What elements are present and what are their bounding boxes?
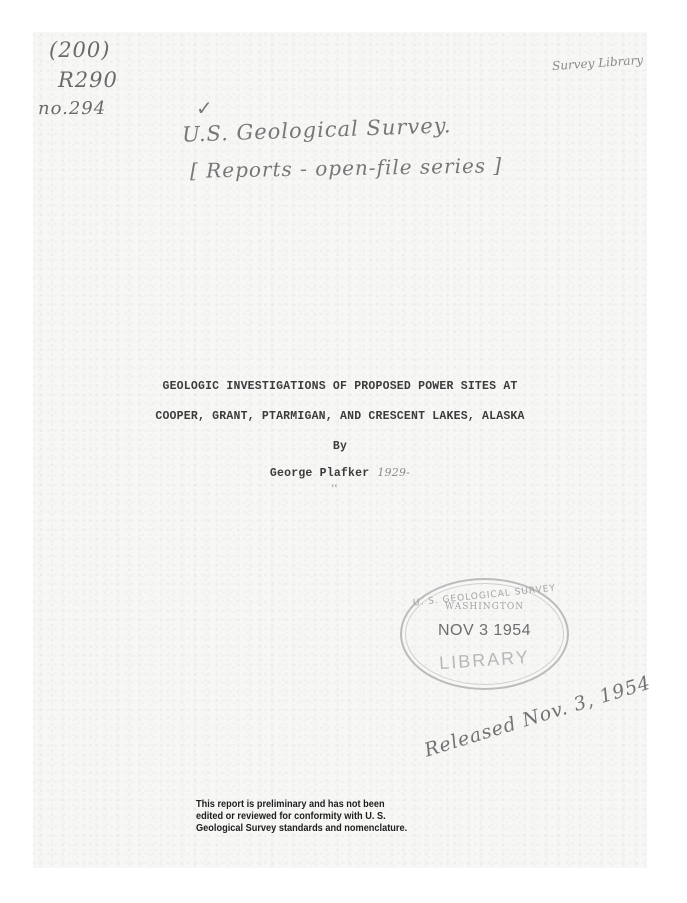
disclaimer-line: Geological Survey standards and nomencla… [196, 823, 398, 835]
library-received-stamp: U. S. GEOLOGICAL SURVEY WASHINGTON NOV 3… [400, 578, 569, 690]
check-mark-icon: ✓ [196, 96, 214, 120]
disclaimer-line: This report is preliminary and has not b… [196, 799, 398, 811]
handwritten-call-number-line-1: (200) [49, 38, 110, 62]
disclaimer-line: edited or reviewed for conformity with U… [196, 811, 398, 823]
by-label: By [33, 440, 647, 453]
handwritten-call-number-line-2: R290 [58, 68, 118, 92]
stamp-library-label: LIBRARY [401, 644, 567, 676]
author-year-annotation: 1929- [377, 466, 410, 479]
preliminary-report-disclaimer: This report is preliminary and has not b… [196, 799, 398, 835]
author-name: George Plafker [270, 467, 369, 480]
stamp-location: WASHINGTON [402, 602, 567, 612]
report-title-line-2: COOPER, GRANT, PTARMIGAN, AND CRESCENT L… [33, 410, 647, 423]
stamp-date: NOV 3 1954 [402, 622, 567, 640]
author-annotation-mark: ‹‹ [331, 481, 337, 490]
author-line: George Plafker1929- [33, 466, 647, 480]
report-title-line-1: GEOLOGIC INVESTIGATIONS OF PROPOSED POWE… [33, 380, 647, 393]
handwritten-call-number-line-3: no.294 [38, 98, 106, 119]
